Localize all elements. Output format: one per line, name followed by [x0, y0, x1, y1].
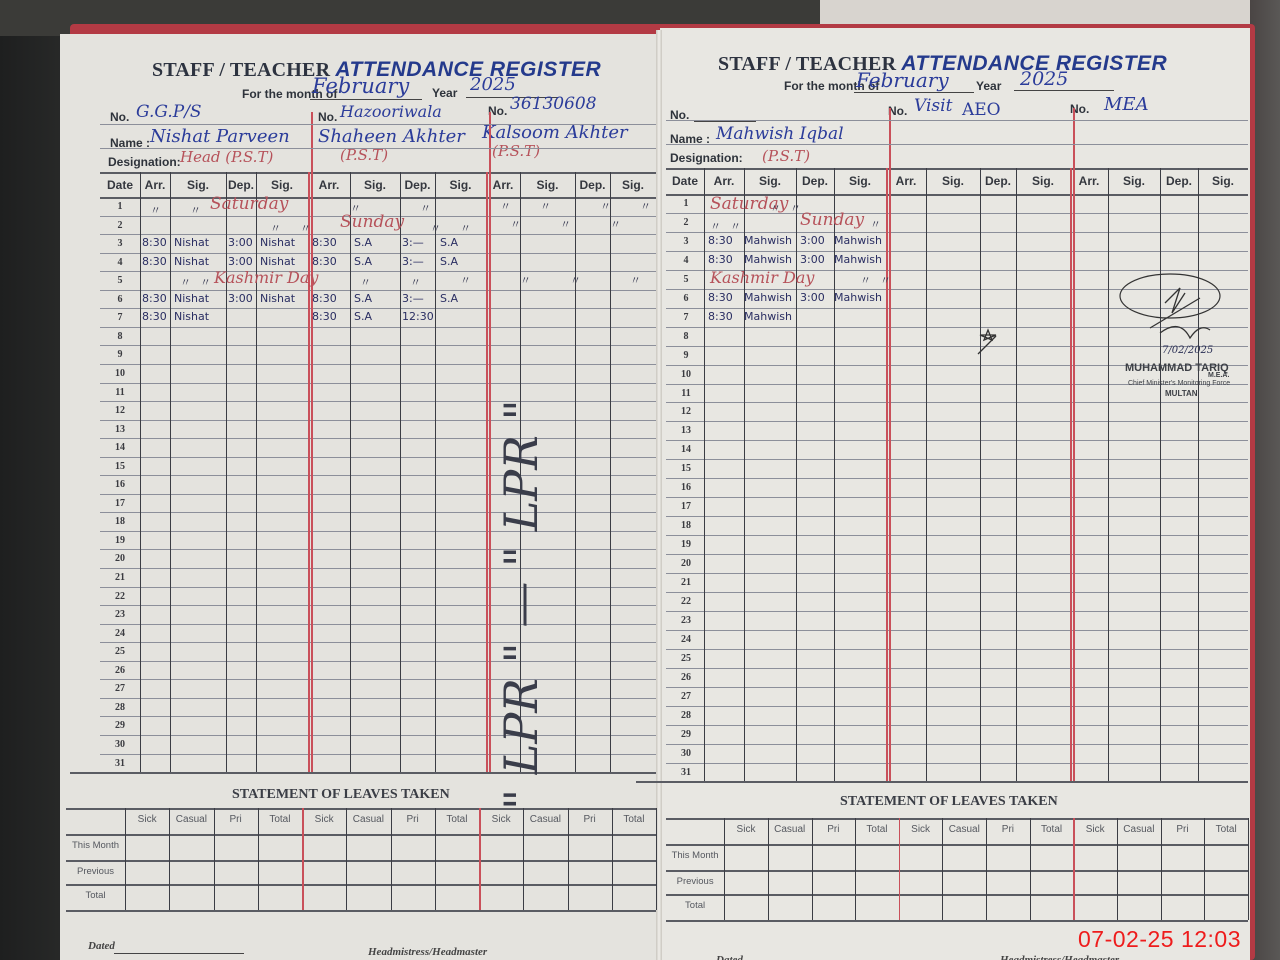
leaves-header-sick: Sick	[899, 824, 943, 835]
leaves-row-label: Previous	[666, 877, 724, 887]
column-line	[435, 172, 436, 772]
entry-sig2: S.A	[354, 236, 372, 249]
day-note-saturday: Saturday	[210, 194, 288, 214]
day-note-sunday: Sunday	[800, 210, 864, 230]
row-day-number: 26	[674, 672, 698, 683]
staff-divider-line	[1070, 168, 1072, 781]
entry-sig1: Mahwish	[744, 253, 792, 266]
row-day-number: 4	[108, 257, 132, 268]
column-header-dep: Dep.	[796, 174, 834, 188]
row-day-number: 9	[674, 350, 698, 361]
ditto-mark: 〃	[500, 198, 511, 214]
row-day-number: 18	[674, 520, 698, 531]
ditto-mark: 〃	[350, 200, 361, 216]
row-day-number: 1	[108, 201, 132, 212]
leaves-header-total: Total	[855, 824, 899, 835]
leaves-header-pri: Pri	[391, 814, 435, 825]
leaves-title-left: STATEMENT OF LEAVES TAKEN	[232, 787, 450, 803]
ditto-mark: 〃	[180, 274, 191, 290]
row-day-number: 7	[674, 312, 698, 323]
entry-sig2: S.A	[354, 292, 372, 305]
entry-sig1: Nishat	[174, 310, 209, 323]
row-line	[100, 308, 656, 309]
row-line	[100, 735, 656, 736]
row-day-number: 28	[108, 702, 132, 713]
entry-sig1: Mahwish	[744, 310, 792, 323]
row-line	[100, 327, 656, 328]
ditto-mark: 〃	[570, 272, 581, 288]
column-line	[704, 168, 705, 781]
designation-row-line	[100, 148, 656, 149]
background-paper-top-right	[820, 0, 1280, 26]
dated-label-right: Dated	[716, 954, 743, 960]
staff-name-1: Mahwish Iqbal	[716, 124, 844, 144]
leaves-header-total: Total	[612, 814, 656, 825]
row-day-number: 2	[674, 217, 698, 228]
ditto-mark: 〃	[610, 216, 621, 232]
dated-underline	[114, 953, 244, 954]
row-line	[100, 549, 656, 550]
row-day-number: 13	[674, 425, 698, 436]
row-day-number: 29	[674, 729, 698, 740]
column-line	[400, 172, 401, 772]
row-line	[100, 679, 656, 680]
row-day-number: 8	[674, 331, 698, 342]
row-day-number: 12	[108, 405, 132, 416]
column-line	[1160, 168, 1161, 781]
ditto-mark: 〃	[360, 274, 371, 290]
entry-dep1: 3:00	[228, 292, 253, 305]
leaves-row-label: Total	[666, 901, 724, 911]
leaves-header-pri: Pri	[214, 814, 258, 825]
leaves-column-line	[1248, 818, 1249, 920]
entry-dep1: 3:00	[228, 236, 253, 249]
entry-sig1b: Mahwish	[834, 291, 882, 304]
leaves-row-label: This Month	[66, 841, 125, 851]
row-day-number: 18	[108, 516, 132, 527]
row-day-number: 28	[674, 710, 698, 721]
leaves-row-label: Total	[66, 891, 125, 901]
row-line	[100, 457, 656, 458]
row-line	[100, 383, 656, 384]
staff-name-2: Shaheen Akhter	[318, 126, 465, 147]
row-day-number: 10	[674, 369, 698, 380]
row-line	[100, 345, 656, 346]
row-day-number: 3	[108, 238, 132, 249]
row-day-number: 31	[674, 767, 698, 778]
ditto-mark: 〃	[430, 220, 441, 236]
entry-sig1: Mahwish	[744, 291, 792, 304]
column-header-sig: Sig.	[256, 178, 308, 192]
column-header-sig: Sig.	[744, 174, 796, 188]
row-day-number: 24	[674, 634, 698, 645]
row-day-number: 5	[108, 275, 132, 286]
leaves-header-sick: Sick	[479, 814, 523, 825]
column-line	[1016, 168, 1017, 781]
camera-timestamp: 07-02-25 12:03	[1078, 926, 1241, 953]
leaves-header-sick: Sick	[125, 814, 169, 825]
row-line	[100, 716, 656, 717]
column-line	[926, 168, 927, 781]
column-header-date: Date	[100, 178, 140, 192]
ditto-mark: 〃	[410, 274, 421, 290]
ditto-mark: 〃	[150, 202, 161, 218]
designation-label: Designation:	[670, 151, 743, 165]
left-header-top-line	[100, 172, 656, 174]
entry-sig2: S.A	[354, 255, 372, 268]
entry-sig1b: Mahwish	[834, 234, 882, 247]
row-day-number: 17	[108, 498, 132, 509]
staff-divider-line	[889, 108, 891, 781]
designation-1: Head (P.S.T)	[180, 148, 273, 166]
leaves-row-line	[666, 920, 1248, 922]
row-line	[100, 568, 656, 569]
row-day-number: 22	[108, 591, 132, 602]
ditto-mark: 〃	[420, 200, 431, 216]
entry-dep1: 3:00	[800, 234, 825, 247]
right-grid-bottom-line	[636, 781, 1248, 783]
entry-dep2: 12:30	[402, 310, 434, 323]
row-line	[100, 605, 656, 606]
staff-divider-line	[308, 172, 310, 772]
entry-sig1: Mahwish	[744, 234, 792, 247]
leaves-header-pri: Pri	[568, 814, 612, 825]
column-header-sig: Sig.	[926, 174, 980, 188]
designation-row-line	[666, 144, 1248, 145]
column-line	[980, 168, 981, 781]
leaves-title-right: STATEMENT OF LEAVES TAKEN	[840, 794, 1058, 810]
row-line	[100, 661, 656, 662]
row-day-number: 4	[674, 255, 698, 266]
row-day-number: 6	[108, 294, 132, 305]
column-line	[226, 172, 227, 772]
column-header-sig: Sig.	[1016, 174, 1070, 188]
entry-dep1: 3:00	[800, 291, 825, 304]
year-label: Year	[976, 79, 1001, 93]
ditto-mark: 〃	[200, 274, 211, 290]
row-day-number: 23	[674, 615, 698, 626]
column-header-sig: Sig.	[1198, 174, 1248, 188]
entry-sig2: S.A	[354, 310, 372, 323]
visit-label: Visit	[914, 96, 952, 116]
head-signature-label-left: Headmistress/Headmaster	[368, 946, 487, 958]
row-day-number: 11	[108, 387, 132, 398]
row-day-number: 29	[108, 720, 132, 731]
row-line	[100, 754, 656, 755]
ditto-mark: 〃	[640, 198, 651, 214]
staff-divider-line	[1073, 108, 1075, 781]
entry-dep2: 3:—	[402, 236, 424, 249]
leaves-row-label: This Month	[666, 851, 724, 861]
entry-arr1: 8:30	[142, 255, 167, 268]
year-label: Year	[432, 86, 457, 100]
no2-label: No.	[318, 110, 337, 124]
row-day-number: 17	[674, 501, 698, 512]
entry-sig1: Nishat	[174, 236, 209, 249]
row-day-number: 30	[108, 739, 132, 750]
ditto-mark: 〃	[630, 272, 641, 288]
row-day-number: 22	[674, 596, 698, 607]
row-day-number: 15	[674, 463, 698, 474]
entry-arr1: 8:30	[708, 310, 733, 323]
school-code: G.G.P/S	[136, 102, 202, 122]
row-line	[100, 698, 656, 699]
school-location: Hazooriwala	[340, 102, 442, 121]
ditto-mark: 〃	[560, 216, 571, 232]
row-day-number: 27	[674, 691, 698, 702]
staff-divider-line	[486, 172, 488, 772]
row-day-number: 25	[108, 646, 132, 657]
leaves-header-pri: Pri	[1161, 824, 1205, 835]
column-line	[350, 172, 351, 772]
leaves-header-casual: Casual	[1117, 824, 1161, 835]
column-header-dep: Dep.	[226, 178, 256, 192]
column-header-dep: Dep.	[400, 178, 435, 192]
row-day-number: 11	[674, 388, 698, 399]
row-day-number: 8	[108, 331, 132, 342]
staff-divider-line	[489, 112, 491, 772]
entry-arr2: 8:30	[312, 255, 337, 268]
entry-dep1: 3:00	[228, 255, 253, 268]
row-day-number: 13	[108, 424, 132, 435]
column-header-dep: Dep.	[1160, 174, 1198, 188]
row-day-number: 20	[674, 558, 698, 569]
title-plain: STAFF / TEACHER	[152, 59, 330, 81]
year-underline	[1014, 90, 1114, 91]
leaves-header-casual: Casual	[169, 814, 213, 825]
column-header-sig: Sig.	[610, 178, 656, 192]
row-day-number: 19	[674, 539, 698, 550]
row-day-number: 10	[108, 368, 132, 379]
entry-sig1b: Nishat	[260, 236, 295, 249]
staff-name-3: Kalsoom Akhter	[482, 122, 628, 143]
row-day-number: 3	[674, 236, 698, 247]
row-day-number: 24	[108, 628, 132, 639]
entry-arr1: 8:30	[142, 236, 167, 249]
row-day-number: 27	[108, 683, 132, 694]
column-line	[1108, 168, 1109, 781]
leaves-header-casual: Casual	[346, 814, 390, 825]
star-mark	[970, 326, 1010, 366]
column-line	[170, 172, 171, 772]
row-line	[100, 475, 656, 476]
dated-label-left: Dated	[88, 940, 115, 952]
row-day-number: 12	[674, 406, 698, 417]
row-line	[100, 364, 656, 365]
leaves-header-casual: Casual	[942, 824, 986, 835]
column-header-sig: Sig.	[350, 178, 400, 192]
column-header-sig: Sig.	[1108, 174, 1160, 188]
column-line	[1198, 168, 1199, 781]
ditto-mark: 〃	[600, 198, 611, 214]
entry-dep1: 3:00	[800, 253, 825, 266]
year-value: 2025	[470, 74, 516, 95]
row-day-number: 16	[108, 479, 132, 490]
entry-arr2: 8:30	[312, 292, 337, 305]
staff-name-1: Nishat Parveen	[150, 126, 290, 147]
row-line	[100, 438, 656, 439]
ditto-mark: 〃	[730, 218, 741, 234]
entry-sig1: Nishat	[174, 255, 209, 268]
left-header-bottom-line	[100, 197, 656, 199]
leaves-header-total: Total	[435, 814, 479, 825]
ditto-mark: 〃	[460, 272, 471, 288]
column-header-sig: Sig.	[435, 178, 486, 192]
entry-sig2b: S.A	[440, 236, 458, 249]
staff-divider-line	[311, 112, 313, 772]
column-line	[610, 172, 611, 772]
staff-divider-line	[886, 168, 888, 781]
column-line	[140, 172, 141, 772]
row-day-number: 16	[674, 482, 698, 493]
entry-sig2b: S.A	[440, 292, 458, 305]
ditto-mark: 〃	[270, 220, 281, 236]
row-day-number: 14	[674, 444, 698, 455]
left-grid-bottom-line	[70, 772, 656, 774]
row-day-number: 21	[674, 577, 698, 588]
column-line	[256, 172, 257, 772]
name-row-top-line	[100, 124, 656, 125]
row-day-number: 6	[674, 293, 698, 304]
row-day-number: 30	[674, 748, 698, 759]
leaves-header-total: Total	[1030, 824, 1074, 835]
row-day-number: 2	[108, 220, 132, 231]
column-header-dep: Dep.	[575, 178, 610, 192]
column-header-dep: Dep.	[980, 174, 1016, 188]
row-day-number: 1	[674, 198, 698, 209]
column-header-sig: Sig.	[170, 178, 226, 192]
ditto-mark: 〃	[510, 216, 521, 232]
row-line	[100, 234, 656, 235]
head-signature-label-right: Headmistress/Headmaster	[1000, 954, 1119, 960]
aeo-label: AEO	[962, 100, 1001, 120]
leaves-header-pri: Pri	[812, 824, 856, 835]
no1-label: No.	[110, 110, 129, 124]
lpr-annotation: " LPR " — " LPR "	[494, 399, 548, 810]
row-day-number: 14	[108, 442, 132, 453]
column-header-sig: Sig.	[834, 174, 886, 188]
entry-arr1: 8:30	[708, 234, 733, 247]
designation-label: Designation:	[108, 155, 181, 169]
column-header-arr: Arr.	[886, 174, 926, 188]
leaves-row-line	[66, 910, 656, 912]
entry-arr1: 8:30	[142, 310, 167, 323]
entry-sig1b: Mahwish	[834, 253, 882, 266]
entry-sig2b: S.A	[440, 255, 458, 268]
stamp-title: M.E.A.	[1208, 372, 1229, 379]
leaves-column-line	[656, 808, 657, 910]
name-row-top-line	[666, 120, 1248, 121]
column-header-arr: Arr.	[308, 178, 350, 192]
row-day-number: 31	[108, 758, 132, 769]
entry-sig1b: Nishat	[260, 255, 295, 268]
entry-dep2: 3:—	[402, 255, 424, 268]
entry-arr1: 8:30	[142, 292, 167, 305]
mea-label: MEA	[1104, 94, 1149, 115]
column-header-sig: Sig.	[520, 178, 575, 192]
month-value: February	[856, 68, 949, 92]
row-line	[100, 420, 656, 421]
no3-label: No.	[488, 104, 507, 118]
entry-arr2: 8:30	[312, 236, 337, 249]
day-note-kashmir-day: Kashmir Day	[214, 268, 318, 287]
row-day-number: 21	[108, 572, 132, 583]
leaves-header-sick: Sick	[302, 814, 346, 825]
entry-sig1: Nishat	[174, 292, 209, 305]
stamp-city: MULTAN	[1165, 389, 1198, 398]
ditto-mark: 〃	[790, 200, 801, 216]
stamp-org: Chief Minister's Monitoring Force	[1128, 380, 1230, 387]
ditto-mark: 〃	[770, 200, 781, 216]
row-line	[100, 512, 656, 513]
row-day-number: 26	[108, 665, 132, 676]
leaves-header-total: Total	[258, 814, 302, 825]
leaves-header-casual: Casual	[768, 824, 812, 835]
column-header-date: Date	[666, 174, 704, 188]
entry-arr1: 8:30	[708, 291, 733, 304]
row-day-number: 5	[674, 274, 698, 285]
month-underline	[310, 99, 422, 100]
column-header-arr: Arr.	[486, 178, 520, 192]
no1-underline	[694, 121, 756, 122]
row-line	[100, 624, 656, 625]
designation-1: (P.S.T)	[762, 147, 810, 165]
row-day-number: 15	[108, 461, 132, 472]
column-header-arr: Arr.	[704, 174, 744, 188]
row-day-number: 19	[108, 535, 132, 546]
row-day-number: 7	[108, 312, 132, 323]
leaves-header-sick: Sick	[1073, 824, 1117, 835]
leaves-header-sick: Sick	[724, 824, 768, 835]
leaves-header-casual: Casual	[523, 814, 567, 825]
leaves-header-total: Total	[1204, 824, 1248, 835]
month-value: February	[312, 74, 409, 98]
ditto-mark: 〃	[870, 216, 881, 232]
leaves-row-label: Previous	[66, 867, 125, 877]
stamp-signed-date: 7/02/2025	[1162, 345, 1213, 356]
entry-arr2: 8:30	[312, 310, 337, 323]
no2-label: No.	[888, 104, 907, 118]
row-day-number: 20	[108, 553, 132, 564]
row-line	[100, 253, 656, 254]
row-line	[100, 494, 656, 495]
year-value: 2025	[1020, 68, 1068, 90]
row-day-number: 9	[108, 349, 132, 360]
row-line	[100, 642, 656, 643]
row-line	[100, 401, 656, 402]
row-line	[100, 587, 656, 588]
day-note-kashmir-day: Kashmir Day	[710, 268, 814, 287]
ditto-mark: 〃	[540, 198, 551, 214]
month-underline	[854, 92, 974, 93]
column-header-arr: Arr.	[1070, 174, 1108, 188]
ditto-mark: 〃	[190, 202, 201, 218]
leaves-header-pri: Pri	[986, 824, 1030, 835]
ditto-mark: 〃	[300, 220, 311, 236]
ditto-mark: 〃	[460, 220, 471, 236]
ditto-mark: 〃	[860, 272, 871, 288]
ditto-mark: 〃	[520, 272, 531, 288]
entry-sig1b: Nishat	[260, 292, 295, 305]
entry-arr1: 8:30	[708, 253, 733, 266]
column-line	[796, 168, 797, 781]
ditto-mark: 〃	[710, 218, 721, 234]
column-header-arr: Arr.	[140, 178, 170, 192]
entry-dep2: 3:—	[402, 292, 424, 305]
row-day-number: 23	[108, 609, 132, 620]
designation-3: (P.S.T)	[492, 142, 540, 160]
emis-code: 36130608	[510, 94, 597, 114]
